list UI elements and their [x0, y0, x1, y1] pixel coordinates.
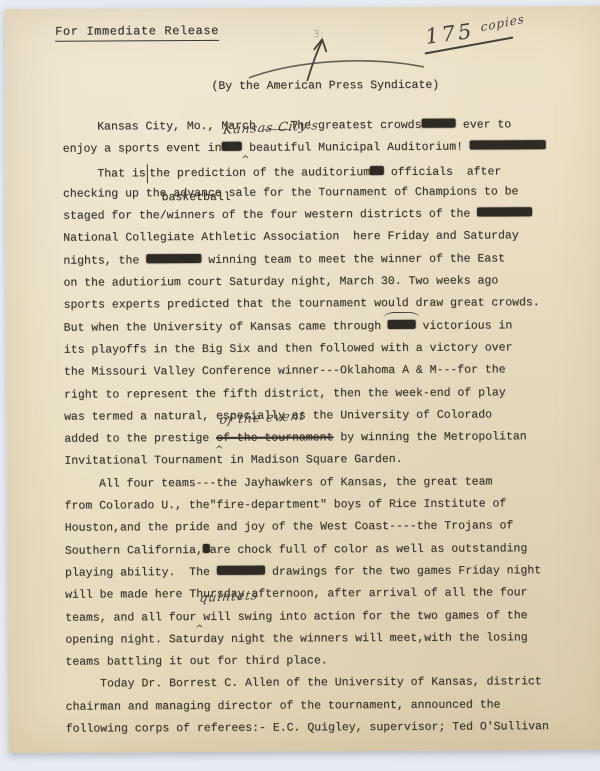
typed-text: sports experts predicted that the tourna… — [64, 297, 540, 312]
typescript-line: National Collegiate Athletic Association… — [63, 225, 583, 250]
inked-out-text — [477, 207, 532, 216]
typescript-line: checking up the advance sale for the Tou… — [63, 181, 583, 206]
handwritten-text: of the event — [218, 405, 307, 431]
typescript-line: from Colorado U., the"fire-department" b… — [65, 493, 585, 518]
typescript-line: sports experts predicted that the tourna… — [63, 292, 583, 317]
typed-text: opening night. Saturday night the winner… — [65, 631, 527, 646]
copies-word: copies — [481, 12, 526, 35]
struck-out-typed-text: of the tournament — [216, 431, 333, 445]
typed-text: will swing into action for the two games… — [196, 609, 527, 624]
typescript-line: was termed a natural, especially as the … — [64, 404, 584, 429]
typed-text: Invitational Tournament in Madison Squar… — [64, 453, 402, 468]
typescript-line: will be made here Thursday afternoon, af… — [65, 582, 585, 607]
typed-text: Southern California, — [65, 544, 203, 558]
inked-out-text — [370, 166, 384, 175]
typed-text: But when the University of Kansas came t… — [64, 320, 388, 335]
typed-text: officials after — [384, 165, 501, 179]
typed-text: following corps of referees:- E.C. Quigl… — [66, 720, 549, 736]
document-photo: { "page":{ "background":"#e7ebf1", "pape… — [0, 0, 600, 771]
typescript-line: its playoffs in the Big Six and then fol… — [64, 337, 584, 362]
typescript-line: Southern California,are chock full of co… — [65, 538, 585, 563]
inked-out-text — [388, 320, 416, 329]
typescript-line: opening night. Saturday night the winner… — [65, 627, 585, 652]
typed-text: its playoffs in the Big Six and then fol… — [64, 341, 513, 356]
typescript-line: teams, and all fourquintets^ will swing … — [65, 605, 585, 630]
typed-text: chairman and managing director of the to… — [66, 698, 501, 713]
typed-above-text: basketball — [162, 187, 231, 210]
byline: (By the American Press Syndicate) — [211, 79, 439, 93]
typed-text: winning team to meet the winner of the E… — [201, 252, 505, 267]
typescript-line: Today Dr. Borrest C. Allen of the Univer… — [65, 671, 585, 696]
typed-text: by winning the Metropolitan — [333, 430, 526, 444]
typed-text: checking up the advance sale for the Tou… — [63, 185, 519, 200]
typescript-line: Houston,and the pride and joy of the Wes… — [65, 515, 585, 540]
typescript-line: right to represent the fifth district, t… — [64, 382, 584, 407]
typed-text: teams battling it out for third place. — [65, 654, 327, 668]
typed-text: Today Dr. Borrest C. Allen of the Univer… — [66, 676, 542, 691]
faint-pencil-mark: 3: — [313, 29, 325, 40]
typed-text: added to the prestige — [64, 432, 216, 446]
typescript-line: following corps of referees:- E.C. Quigl… — [66, 716, 586, 741]
typed-text: teams, and all four — [65, 611, 196, 625]
typed-text: All four teams---the Jayhawkers of Kansa… — [64, 475, 492, 490]
typescript-line: staged for thebasketball/winners of the … — [63, 203, 583, 228]
typed-text: are chock full of color as well as outst… — [210, 542, 528, 557]
inked-out-text — [421, 119, 456, 128]
handwritten-text: Kansas City's — [222, 114, 320, 141]
release-heading: For Immediate Release — [55, 24, 219, 42]
typescript-line: added to the prestige of the event^of th… — [64, 426, 584, 451]
typescript-line: But when the University of Kansas came t… — [64, 315, 584, 340]
insertion-arrow-icon — [243, 33, 433, 86]
typescript-line: enjoy a sports event inKansas City's^ be… — [63, 136, 583, 161]
typed-text: the Missouri Valley Conference winner---… — [64, 364, 506, 379]
typescript-body: Kansas City, Mo., March ____The greatest… — [63, 114, 586, 741]
typed-text: staged for the — [63, 209, 160, 223]
pen-insert-mark — [147, 164, 149, 183]
typed-text: the prediction of the auditorium — [149, 166, 370, 180]
typescript-line: nights, the winning team to meet the win… — [63, 248, 583, 273]
typed-text: will be made here Thursday afternoon, af… — [65, 587, 527, 602]
typescript-line: on the adutiorium court Saturday night, … — [63, 270, 583, 295]
typed-text: enjoy a sports event in — [63, 142, 222, 156]
typed-text: Houston,and the pride and joy of the Wes… — [65, 520, 514, 535]
typed-text: nights, the — [63, 254, 146, 267]
typewritten-page: For Immediate Release 3: 175copies (By t… — [5, 6, 600, 753]
typed-text: beautiful Municipal Auditorium! — [242, 141, 470, 155]
typed-text: right to represent the fifth district, t… — [64, 386, 506, 401]
copies-count-annotation: 175copies — [424, 12, 527, 49]
inked-out-text — [146, 254, 201, 263]
typescript-line: Invitational Tournament in Madison Squar… — [64, 448, 584, 473]
inked-out-text — [470, 140, 546, 149]
typescript-line: That isthe prediction of the auditorium … — [63, 159, 583, 184]
typescript-line: the Missouri Valley Conference winner---… — [64, 359, 584, 384]
typed-text: drawings for the two games Friday night — [265, 564, 541, 578]
typescript-line: Kansas City, Mo., March ____The greatest… — [63, 114, 583, 139]
inked-out-text — [203, 544, 210, 553]
arrow-shaft — [307, 40, 322, 80]
handwritten-text: quintets — [198, 584, 260, 609]
insertion-arc — [249, 60, 423, 77]
inked-out-text — [217, 566, 265, 575]
typed-text: playing ability. The — [65, 566, 217, 580]
typescript-line: chairman and managing director of the to… — [66, 694, 586, 719]
typed-text: from Colorado U., the"fire-department" b… — [65, 497, 507, 512]
typescript-line: teams battling it out for third place. — [65, 649, 585, 674]
typescript-line: playing ability. The drawings for the tw… — [65, 560, 585, 585]
typed-text: That is — [63, 167, 146, 180]
typescript-line: All four teams---the Jayhawkers of Kansa… — [64, 471, 584, 496]
typed-text: /winners of the four western districts o… — [160, 208, 478, 223]
typed-text: ever to — [456, 118, 511, 131]
inked-out-text — [221, 142, 242, 151]
typed-text: National Collegiate Athletic Association… — [63, 230, 519, 245]
typed-text: on the adutiorium court Saturday night, … — [63, 274, 498, 289]
typed-text: victorious in — [416, 319, 513, 333]
